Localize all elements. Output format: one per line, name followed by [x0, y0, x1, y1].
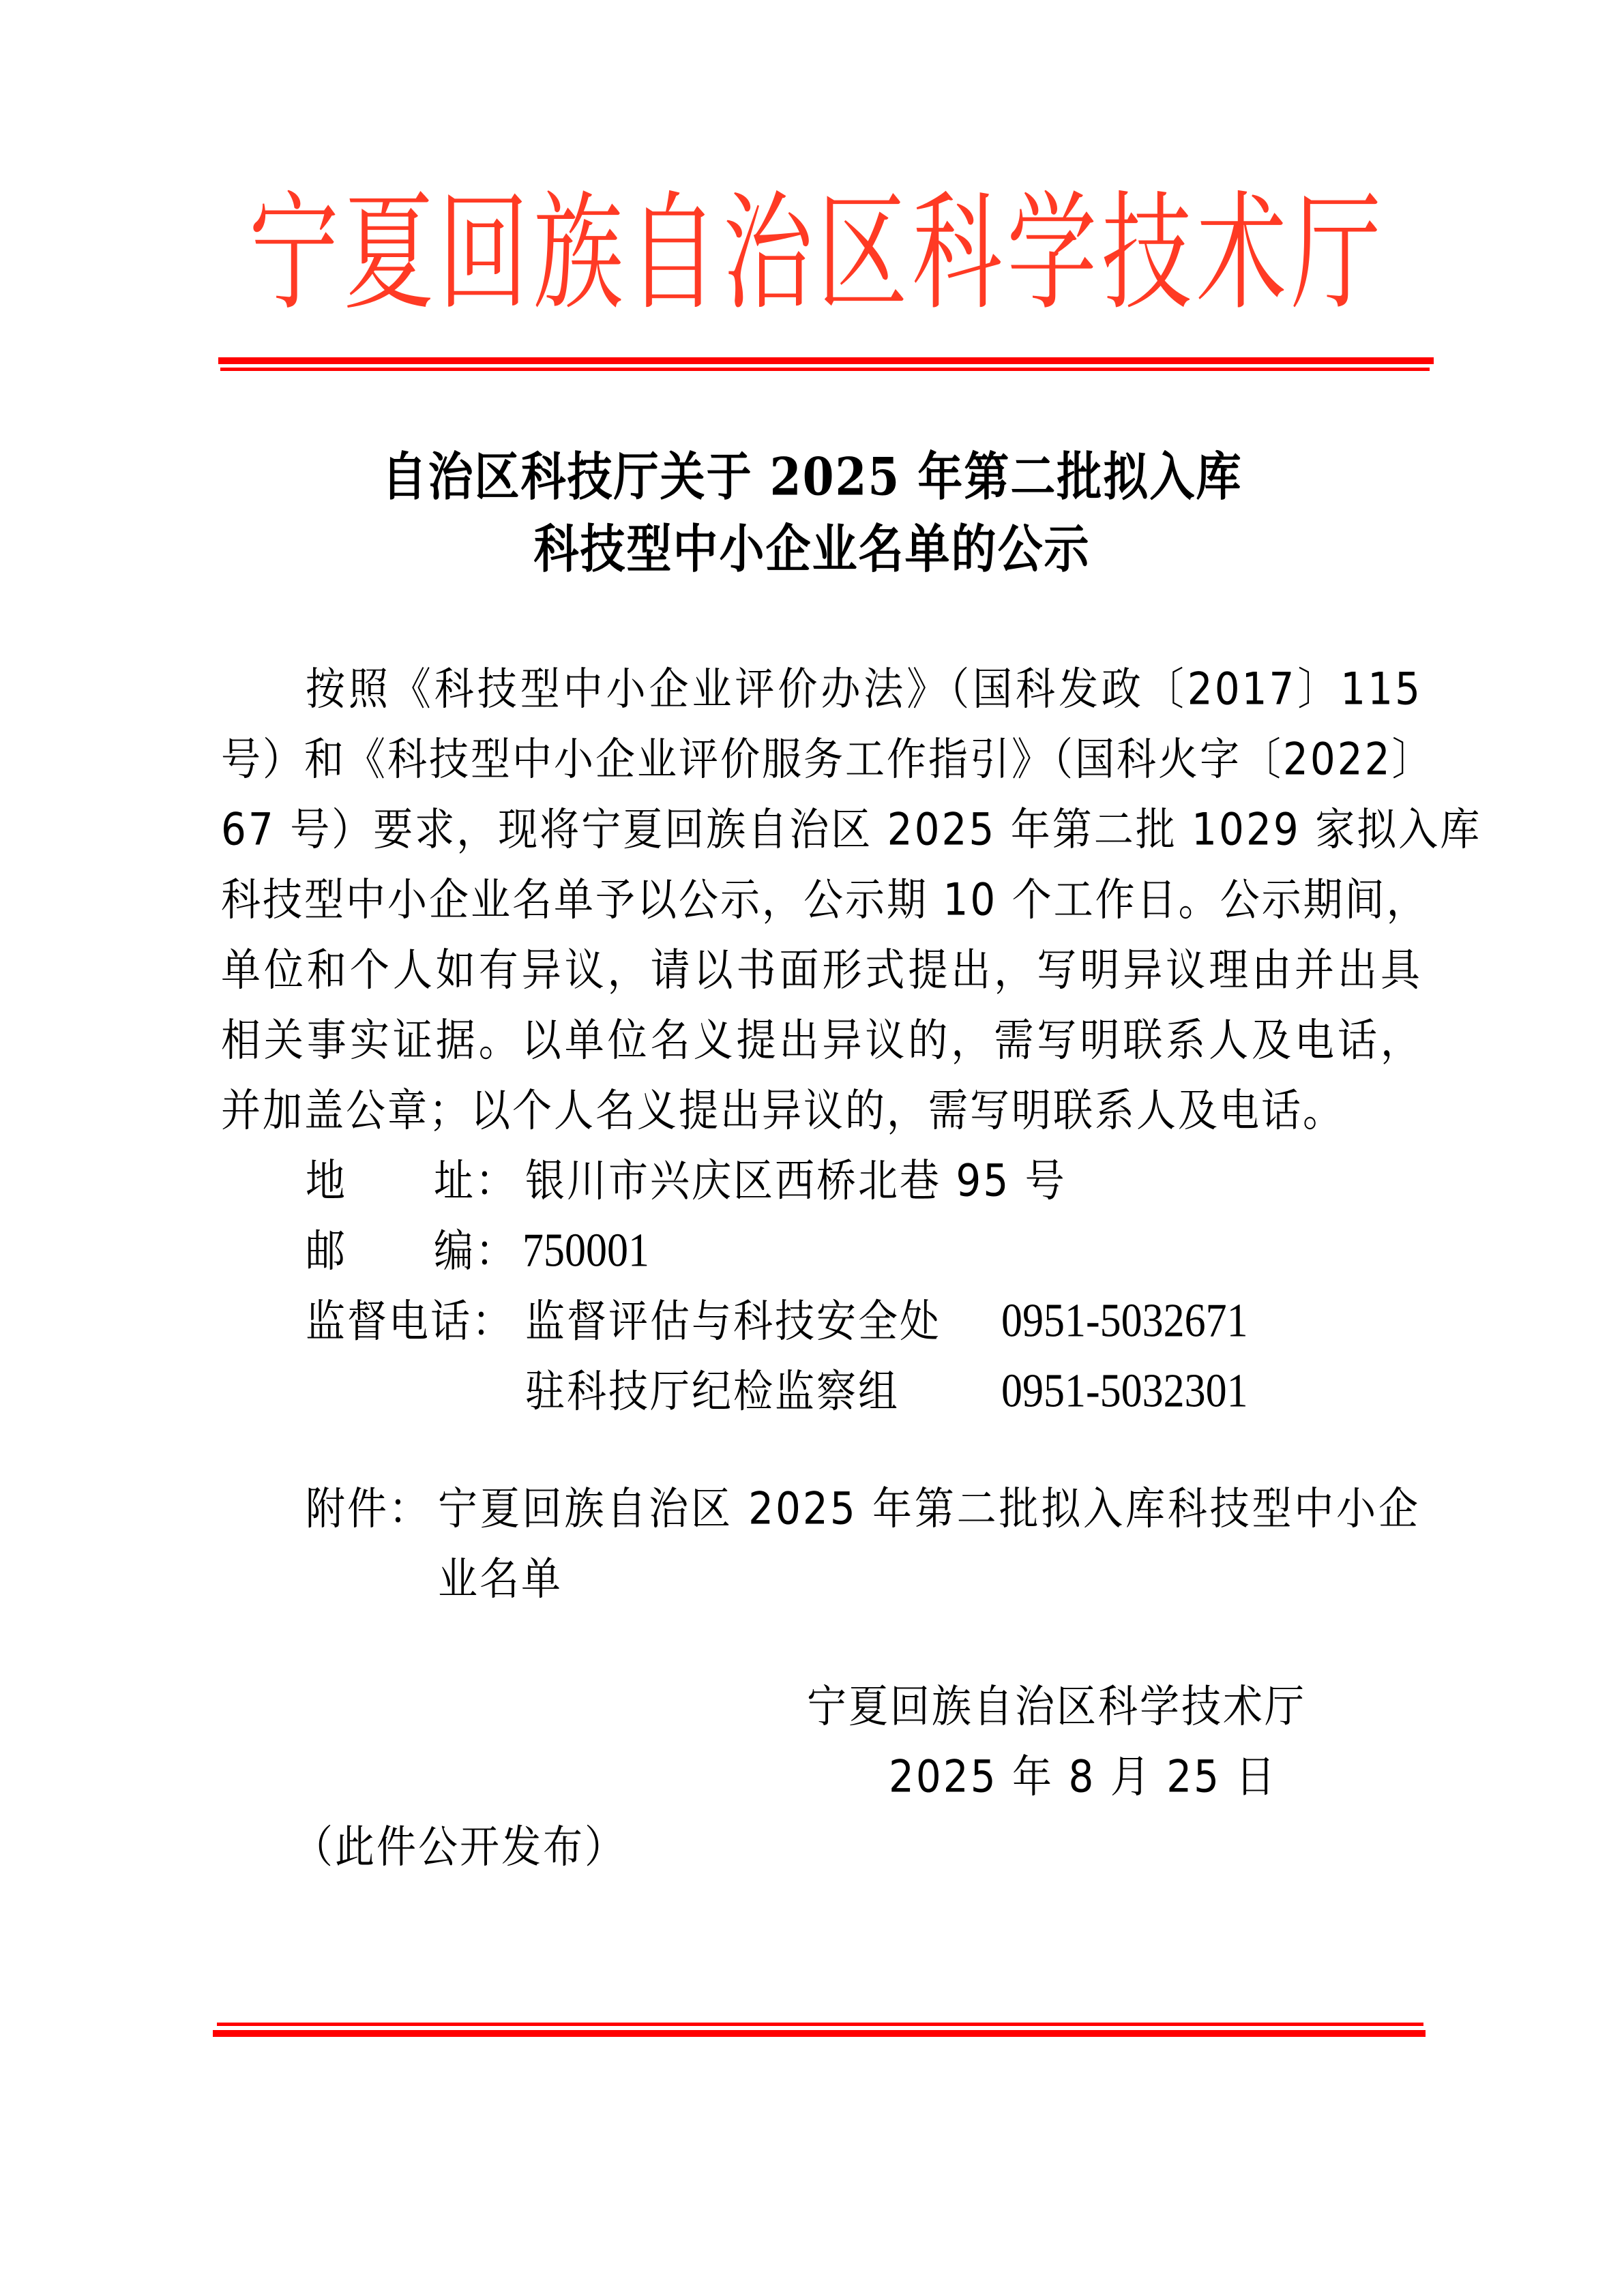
masthead-glyph: 夏	[344, 190, 434, 317]
signature-date: 2025 年 8 月 25 日	[889, 1755, 1278, 1799]
masthead-glyph: 宁	[249, 190, 339, 317]
body-line: 按照《科技型中小企业评价办法》（国科发政〔2017〕115	[306, 667, 1422, 711]
address-label-2: 址：	[434, 1159, 517, 1203]
masthead-glyph: 治	[723, 190, 813, 317]
masthead-glyph: 技	[1102, 190, 1192, 317]
masthead-glyph: 厅	[1291, 190, 1381, 317]
body-line: 并加盖公章；以个人名义提出异议的，需写明联系人及电话。	[221, 1088, 1344, 1133]
masthead-glyph: 术	[1196, 190, 1286, 317]
masthead-glyph: 学	[1007, 190, 1097, 317]
attachment-title-line-1: 宁夏回族自治区 2025 年第二批拟入库科技型中小企	[438, 1487, 1420, 1531]
body-line: 相关事实证据。以单位名义提出异议的，需写明联系人及电话，	[221, 1018, 1422, 1062]
disclosure-note: （此件公开发布）	[293, 1825, 626, 1869]
phone-dept: 驻科技厅纪检监察组	[525, 1369, 900, 1414]
signature-issuer: 宁夏回族自治区科学技术厅	[807, 1684, 1306, 1729]
masthead-glyph: 自	[628, 190, 718, 317]
attachment-title-line-2: 业名单	[438, 1557, 563, 1601]
footer-rule-thick	[213, 2030, 1426, 2037]
phone-dept: 监督评估与科技安全处	[525, 1299, 941, 1343]
masthead-rule-thick	[218, 357, 1434, 364]
document-title-line-1: 自治区科技厅关于 2025 年第二批拟入库	[0, 451, 1624, 503]
body-line: 科技型中小企业名单予以公示，公示期 10 个工作日。公示期间，	[221, 878, 1422, 922]
attachment-label: 附件：	[306, 1487, 430, 1531]
body-line: 单位和个人如有异议，请以书面形式提出，写明异议理由并出具	[221, 948, 1422, 992]
masthead-glyph: 族	[533, 190, 623, 317]
phone-label: 监督电话：	[306, 1299, 514, 1343]
phone-number: 0951-5032671	[1001, 1297, 1248, 1344]
postcode-label-1: 邮	[306, 1229, 347, 1273]
postcode-label-2: 编：	[434, 1229, 517, 1273]
address-label-1: 地	[306, 1159, 347, 1203]
phone-number: 0951-5032301	[1001, 1367, 1248, 1414]
postcode-value: 750001	[522, 1227, 649, 1274]
masthead-rule-thin	[220, 368, 1430, 371]
body-line: 67 号）要求，现将宁夏回族自治区 2025 年第二批 1029 家拟入库	[221, 807, 1422, 852]
masthead-glyph: 科	[912, 190, 1002, 317]
document-title-line-2: 科技型中小企业名单的公示	[0, 523, 1624, 575]
agency-masthead: 宁 夏 回 族 自 治 区 科 学 技 术 厅	[249, 179, 1381, 329]
masthead-glyph: 区	[817, 190, 907, 317]
footer-rule-thin	[217, 2023, 1423, 2026]
body-line: 号）和《科技型中小企业评价服务工作指引》（国科火字〔2022〕	[221, 737, 1422, 781]
address-value: 银川市兴庆区西桥北巷 95 号	[525, 1159, 1067, 1203]
masthead-glyph: 回	[439, 190, 529, 317]
